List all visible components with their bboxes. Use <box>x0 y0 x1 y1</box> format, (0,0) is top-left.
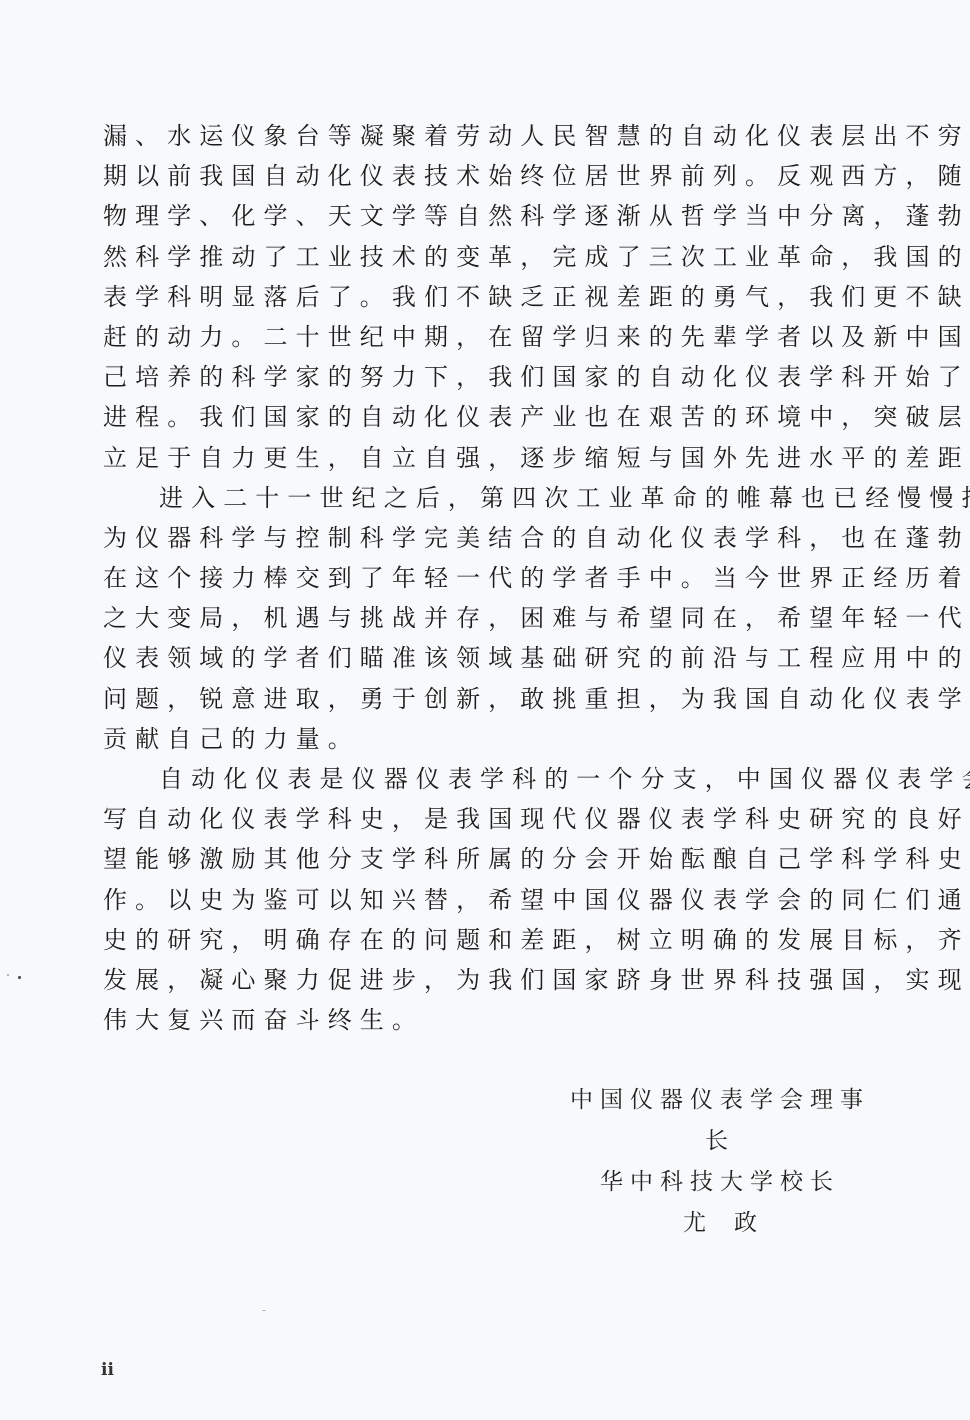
signature-block: 中国仪器仪表学会理事长 华中科技大学校长 尤政 <box>560 1080 880 1244</box>
text-line-indented: 自动化仪表是仪器仪表学科的一个分支，中国仪器仪表学会组织撰 <box>103 759 911 799</box>
text-line-indented: 进入二十一世纪之后，第四次工业革命的帷幕也已经慢慢拉开。作 <box>103 478 911 518</box>
document-page: 漏、水运仪象台等凝聚着劳动人民智慧的自动化仪表层出不穷，明朝中 期以前我国自动化… <box>0 0 970 1420</box>
text-line: 为仪器科学与控制科学完美结合的自动化仪表学科，也在蓬勃发展。现 <box>103 518 911 558</box>
text-line: 在这个接力棒交到了年轻一代的学者手中。当今世界正经历着百年未有 <box>103 558 911 598</box>
text-line: 发展，凝心聚力促进步，为我们国家跻身世界科技强国，实现中华民族 <box>103 960 911 1000</box>
text-line: 赶的动力。二十世纪中期，在留学归来的先辈学者以及新中国成立后自 <box>103 317 911 357</box>
scan-speck <box>7 974 9 976</box>
text-line: 立足于自力更生，自立自强，逐步缩短与国外先进水平的差距。 <box>103 438 911 478</box>
text-line: 己培养的科学家的努力下，我们国家的自动化仪表学科开始了现代化的 <box>103 357 911 397</box>
text-line: 作。以史为鉴可以知兴替，希望中国仪器仪表学会的同仁们通过对学科 <box>103 880 911 920</box>
text-line: 然科学推动了工业技术的变革，完成了三次工业革命，我国的自动化仪 <box>103 237 911 277</box>
text-line: 期以前我国自动化仪表技术始终位居世界前列。反观西方，随着数学、 <box>103 156 911 196</box>
signature-name: 尤政 <box>560 1203 880 1244</box>
text-line: 问题，锐意进取，勇于创新，敢挑重担，为我国自动化仪表学科的未来 <box>103 679 911 719</box>
text-line: 写自动化仪表学科史，是我国现代仪器仪表学科史研究的良好开端，希 <box>103 799 911 839</box>
body-text: 漏、水运仪象台等凝聚着劳动人民智慧的自动化仪表层出不穷，明朝中 期以前我国自动化… <box>103 116 911 1040</box>
text-line: 物理学、化学、天文学等自然科学逐渐从哲学当中分离，蓬勃发展的自 <box>103 196 911 236</box>
paragraph-3: 自动化仪表是仪器仪表学科的一个分支，中国仪器仪表学会组织撰 写自动化仪表学科史，… <box>103 759 911 1040</box>
text-line: 之大变局，机遇与挑战并存，困难与希望同在，希望年轻一代的自动化 <box>103 598 911 638</box>
text-line: 表学科明显落后了。我们不缺乏正视差距的勇气，我们更不缺乏奋力追 <box>103 277 911 317</box>
text-line: 漏、水运仪象台等凝聚着劳动人民智慧的自动化仪表层出不穷，明朝中 <box>103 116 911 156</box>
scan-speck <box>18 976 21 979</box>
text-line: 贡献自己的力量。 <box>103 719 911 759</box>
text-line: 伟大复兴而奋斗终生。 <box>103 1000 911 1040</box>
text-line: 仪表领域的学者们瞄准该领域基础研究的前沿与工程应用中的“卡脖子” <box>103 638 911 678</box>
text-line: 望能够激励其他分支学科所属的分会开始酝酿自己学科学科史的撰写工 <box>103 839 911 879</box>
signature-title-society: 中国仪器仪表学会理事长 <box>560 1080 880 1162</box>
scan-speck <box>262 1310 266 1311</box>
paragraph-2: 进入二十一世纪之后，第四次工业革命的帷幕也已经慢慢拉开。作 为仪器科学与控制科学… <box>103 478 911 759</box>
signature-title-university: 华中科技大学校长 <box>560 1162 880 1203</box>
text-line: 史的研究，明确存在的问题和差距，树立明确的发展目标，齐心协力谋 <box>103 920 911 960</box>
page-number: ii <box>101 1360 114 1380</box>
paragraph-1: 漏、水运仪象台等凝聚着劳动人民智慧的自动化仪表层出不穷，明朝中 期以前我国自动化… <box>103 116 911 478</box>
text-line: 进程。我们国家的自动化仪表产业也在艰苦的环境中，突破层层封锁， <box>103 397 911 437</box>
